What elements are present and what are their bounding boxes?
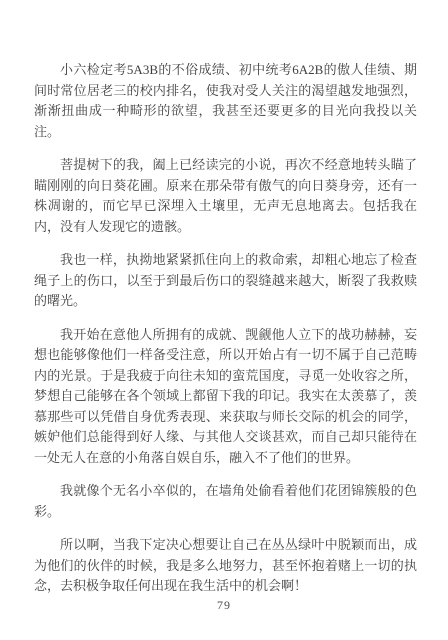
paragraph: 菩提树下的我，阖上已经读完的小说，再次不经意地转头瞄了瞄刚刚的向日葵花圃。原来在… xyxy=(34,155,417,237)
paragraph: 小六检定考5A3B的不俗成绩、初中统考6A2B的傲人佳绩、期间时常位居老三的校内… xyxy=(34,60,417,142)
book-page: 小六检定考5A3B的不俗成绩、初中统考6A2B的傲人佳绩、期间时常位居老三的校内… xyxy=(0,0,448,640)
page-body: 小六检定考5A3B的不俗成绩、初中统考6A2B的傲人佳绩、期间时常位居老三的校内… xyxy=(34,60,417,610)
paragraph: 所以啊，当我下定决心想要让自己在丛丛绿叶中脱颖而出，成为他们的伙伴的时候，我是多… xyxy=(34,535,417,597)
paragraph: 我也一样，执拗地紧紧抓住向上的救命索，却粗心地忘了检查绳子上的伤口，以至于到最后… xyxy=(34,250,417,312)
paragraph: 我就像个无名小卒似的，在墙角处偷看着他们花团锦簇般的色彩。 xyxy=(34,481,417,522)
paragraph: 我开始在意他人所拥有的成就、觊觎他人立下的战功赫赫，妄想也能够像他们一样备受注意… xyxy=(34,325,417,469)
page-number: 79 xyxy=(0,598,448,613)
